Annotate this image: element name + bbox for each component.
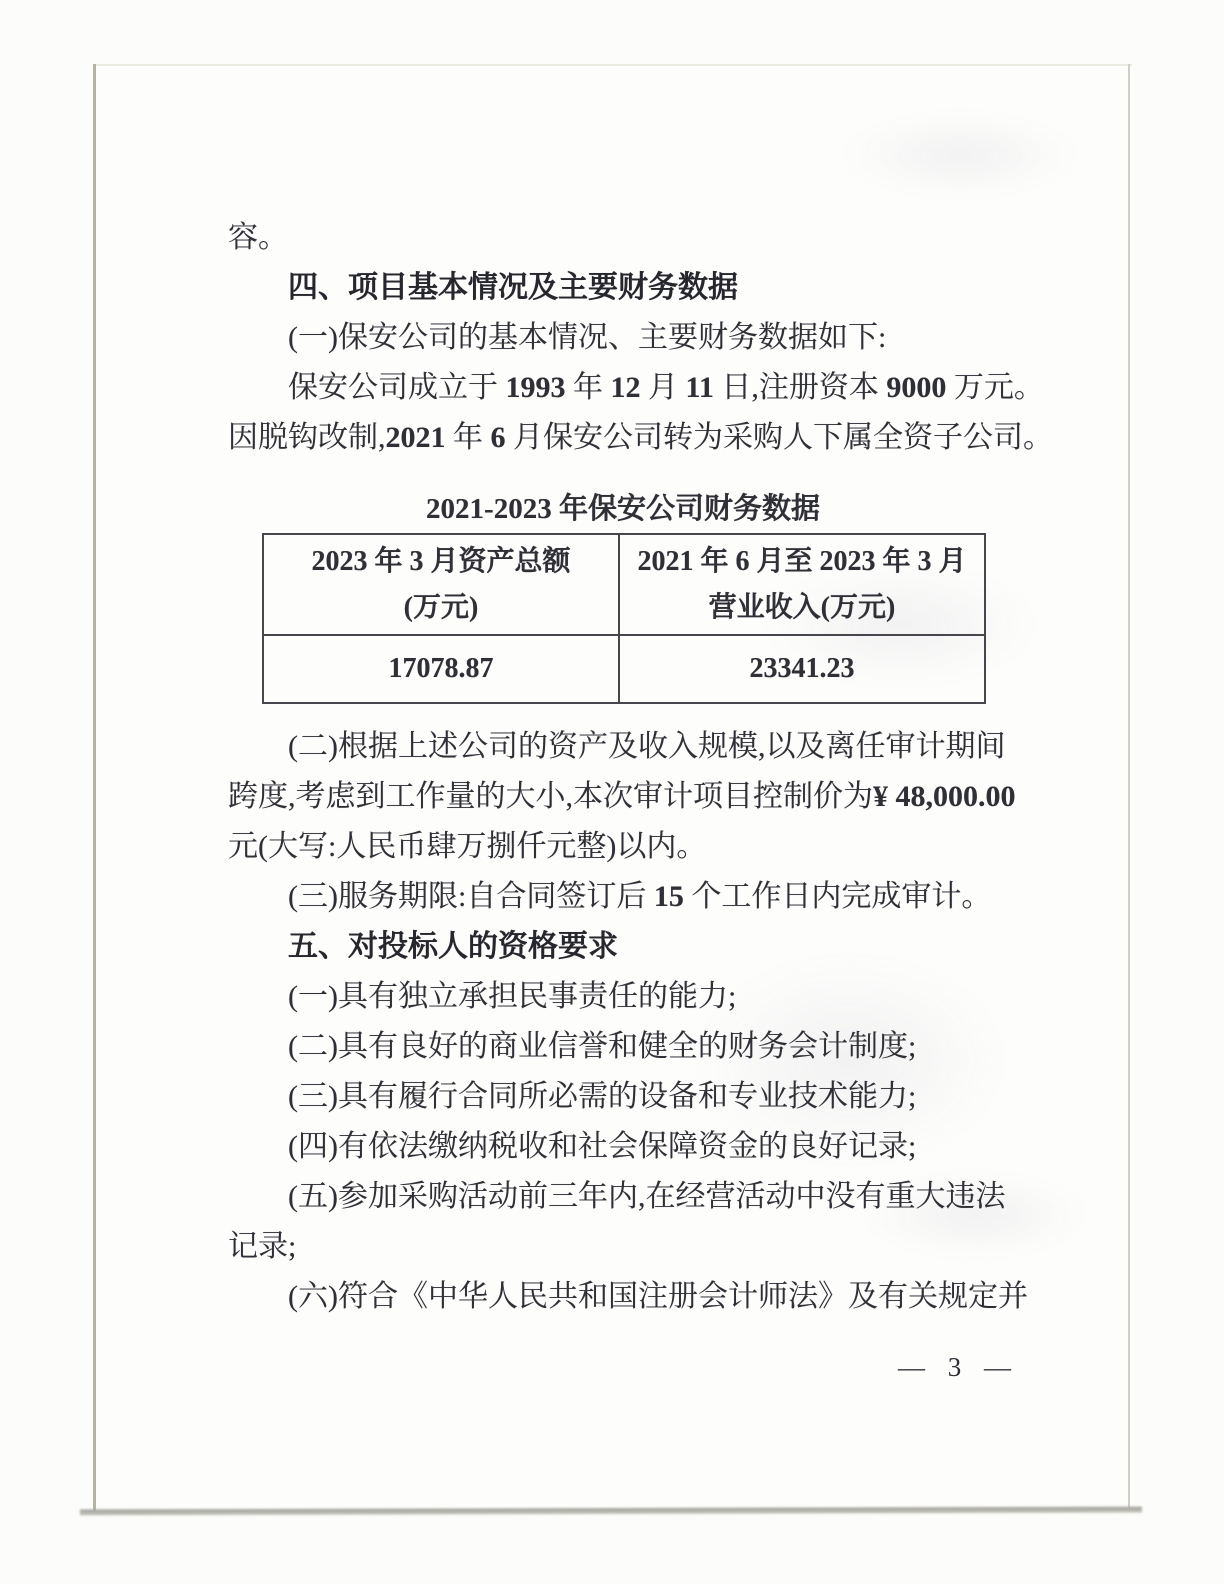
header-assets-line1: 2023 年 3 月资产总额: [264, 539, 618, 585]
qualification-item-5-line1: (五)参加采购活动前三年内,在经营活动中没有重大违法: [228, 1172, 1006, 1222]
section-4-item-1: (一)保安公司的基本情况、主要财务数据如下:: [228, 313, 1006, 363]
section-4-heading: 四、项目基本情况及主要财务数据: [228, 263, 1006, 313]
paper-left-edge: [93, 64, 96, 1513]
qualification-item-4: (四)有依法缴纳税收和社会保障资金的良好记录;: [228, 1122, 1006, 1172]
header-assets-line2: (万元): [264, 585, 618, 631]
value-cell-assets: 17078.87: [263, 635, 619, 703]
section-5-heading: 五、对投标人的资格要求: [228, 922, 1006, 972]
section-4-item-2-line1: (二)根据上述公司的资产及收入规模,以及离任审计期间: [228, 722, 1006, 772]
header-revenue-line2: 营业收入(万元): [620, 585, 984, 631]
bleed-through-smudge: [840, 110, 1080, 200]
section-4-item-2-line2: 跨度,考虑到工作量的大小,本次审计项目控制价为¥ 48,000.00: [228, 772, 1006, 822]
financial-table-title: 2021-2023 年保安公司财务数据: [262, 487, 984, 531]
document-body: 容。 四、项目基本情况及主要财务数据 (一)保安公司的基本情况、主要财务数据如下…: [228, 213, 1006, 1322]
header-cell-revenue: 2021 年 6 月至 2023 年 3 月 营业收入(万元): [619, 534, 985, 635]
page-number: — 3 —: [898, 1352, 1014, 1383]
table-value-row: 17078.87 23341.23: [263, 635, 985, 703]
qualification-item-1: (一)具有独立承担民事责任的能力;: [228, 972, 1006, 1022]
header-cell-assets: 2023 年 3 月资产总额 (万元): [263, 534, 619, 635]
section-4-item-2-line3: 元(大写:人民币肆万捌仟元整)以内。: [228, 822, 1006, 872]
financial-table: 2023 年 3 月资产总额 (万元) 2021 年 6 月至 2023 年 3…: [262, 533, 986, 704]
qualification-item-2: (二)具有良好的商业信誉和健全的财务会计制度;: [228, 1022, 1006, 1072]
continuation-text: 容。: [228, 213, 1006, 263]
company-founding-line: 保安公司成立于 1993 年 12 月 11 日,注册资本 9000 万元。: [228, 363, 1006, 413]
value-cell-revenue: 23341.23: [619, 635, 985, 703]
qualification-item-5-line2: 记录;: [228, 1222, 1006, 1272]
paper-right-edge: [1128, 64, 1130, 1508]
qualification-item-3: (三)具有履行合同所必需的设备和专业技术能力;: [228, 1072, 1006, 1122]
company-restructure-line: 因脱钩改制,2021 年 6 月保安公司转为采购人下属全资子公司。: [228, 413, 1006, 463]
section-4-item-3: (三)服务期限:自合同签订后 15 个工作日内完成审计。: [228, 872, 1006, 922]
table-header-row: 2023 年 3 月资产总额 (万元) 2021 年 6 月至 2023 年 3…: [263, 534, 985, 635]
qualification-item-6: (六)符合《中华人民共和国注册会计师法》及有关规定并: [228, 1272, 1006, 1322]
paper-top-edge: [94, 64, 1132, 66]
header-revenue-line1: 2021 年 6 月至 2023 年 3 月: [620, 539, 984, 585]
scanned-document-canvas: 容。 四、项目基本情况及主要财务数据 (一)保安公司的基本情况、主要财务数据如下…: [0, 0, 1224, 1584]
